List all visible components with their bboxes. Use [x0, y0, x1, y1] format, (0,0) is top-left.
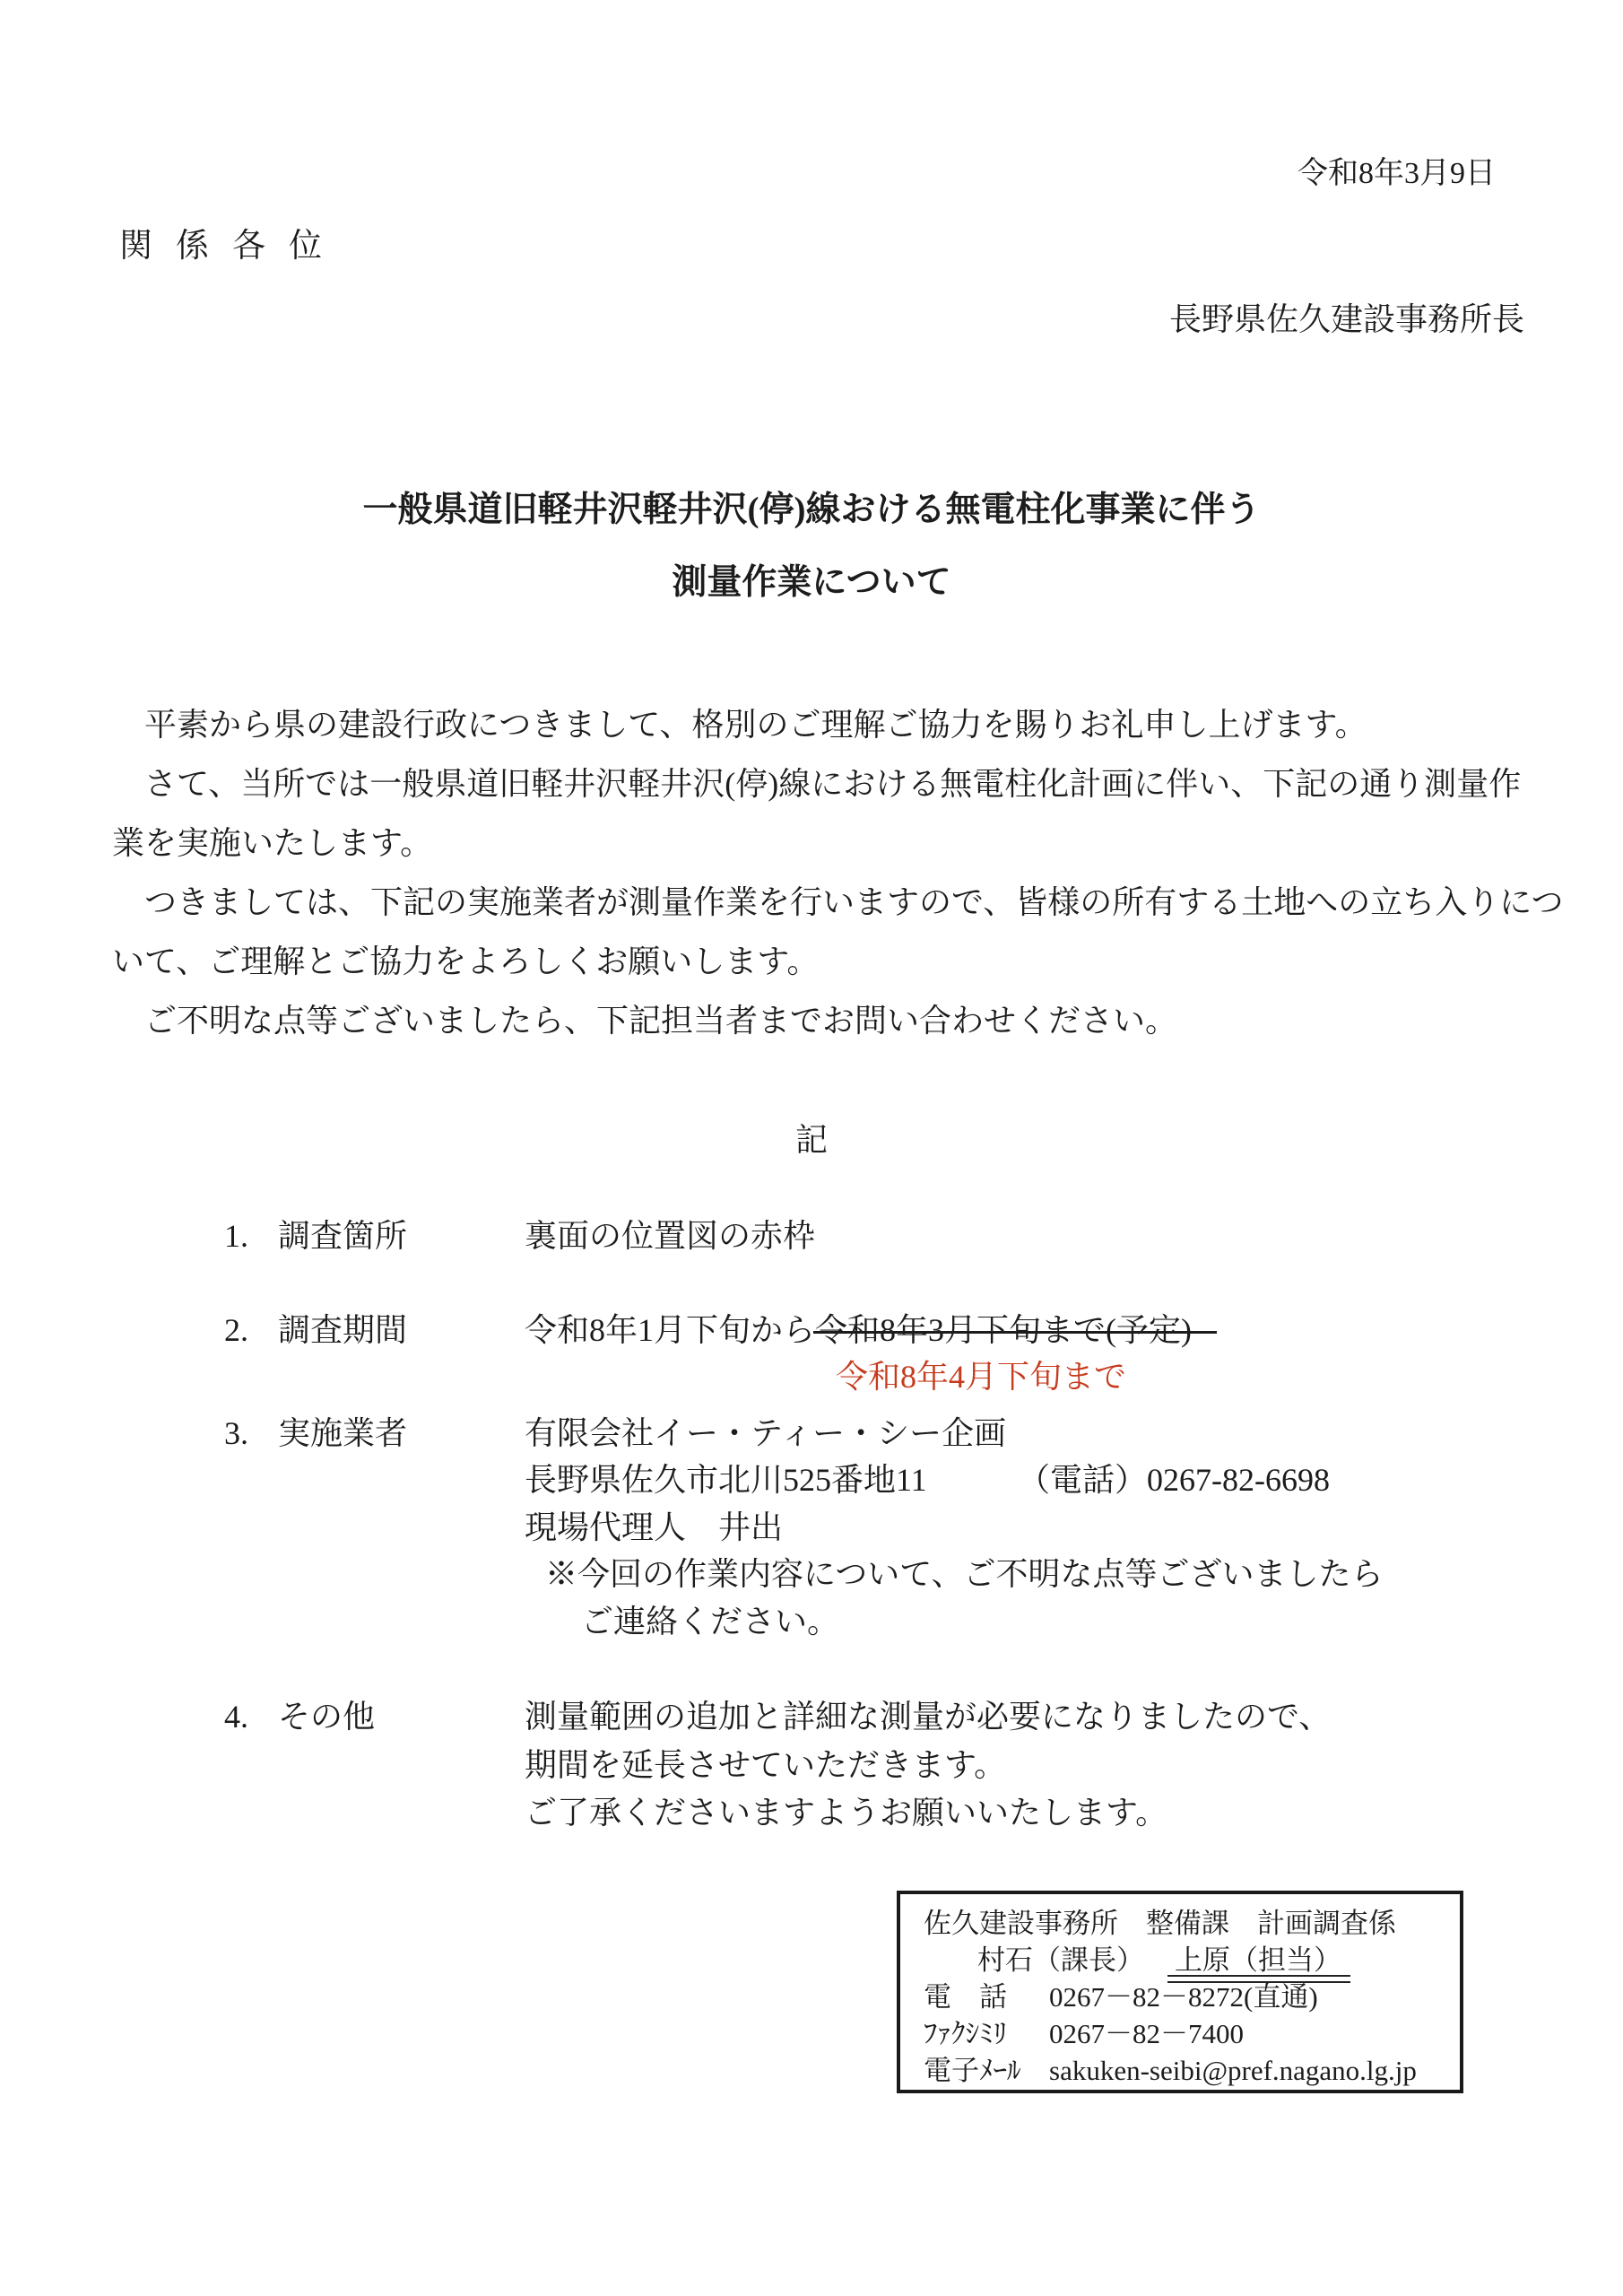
- body-text: 平素から県の建設行政につきまして、格別のご理解ご協力を賜りお礼申し上げます。 さ…: [112, 695, 1529, 1050]
- paragraph-2-line-1: さて、当所では一般県道旧軽井沢軽井沢(停)線における無電柱化計画に伴い、下記の通…: [112, 754, 1529, 813]
- contact-email-line: 電子ﾒｰﾙsakuken-seibi@pref.nagano.lg.jp: [924, 2052, 1460, 2089]
- contact-tel-line: 電 話0267－82－8272(直通): [924, 1979, 1460, 2015]
- list-item-2: 2.調査期間令和8年1月下旬から令和8年3月下旬まで(予定): [224, 1305, 1192, 1351]
- item-3-company: 有限会社イー・ティー・シー企画: [525, 1415, 1006, 1451]
- item-1-number: 1.: [224, 1217, 278, 1255]
- item-1-label: 調査箇所: [278, 1211, 525, 1257]
- contact-fax-label: ﾌｧｸｼﾐﾘ: [924, 2015, 1049, 2052]
- scanned-letter-page: 令和8年3月9日 関係各位 長野県佐久建設事務所長 一般県道旧軽井沢軽井沢(停)…: [0, 0, 1623, 2296]
- item-3-site-agent: 現場代理人 井出: [525, 1502, 783, 1548]
- document-title-line1: 一般県道旧軽井沢軽井沢(停)線おける無電柱化事業に伴う: [0, 474, 1623, 546]
- addressee: 関係各位: [119, 218, 345, 266]
- item-3-address: 長野県佐久市北川525番地11: [525, 1455, 927, 1500]
- contact-email-address: sakuken-seibi@pref.nagano.lg.jp: [1049, 2055, 1417, 2086]
- item-4-line3: ご了承くださいますようお願いいたします。: [525, 1787, 1167, 1833]
- item-3-phone: （電話）0267-82-6698: [1018, 1455, 1330, 1500]
- sender-name: 長野県佐久建設事務所長: [1169, 294, 1524, 340]
- document-title-line2: 測量作業について: [0, 546, 1623, 619]
- contact-persons: 村石（課長）上原（担当）: [924, 1942, 1460, 1979]
- list-item-1: 1.調査箇所裏面の位置図の赤枠: [224, 1211, 815, 1257]
- document-date: 令和8年3月9日: [1298, 148, 1496, 192]
- item-2-label: 調査期間: [278, 1305, 525, 1351]
- list-item-3: 3.実施業者有限会社イー・ティー・シー企画: [224, 1408, 1006, 1454]
- item-2-number: 2.: [224, 1311, 278, 1349]
- contact-fax-line: ﾌｧｸｼﾐﾘ0267－82－7400: [924, 2015, 1460, 2052]
- paragraph-3-line-2: いて、ご理解とご協力をよろしくお願いします。: [112, 932, 1529, 991]
- paragraph-1-line-1: 平素から県の建設行政につきまして、格別のご理解ご協力を賜りお礼申し上げます。: [112, 695, 1529, 754]
- item-4-label: その他: [278, 1692, 525, 1737]
- document-title: 一般県道旧軽井沢軽井沢(停)線おける無電柱化事業に伴う 測量作業について: [0, 474, 1623, 619]
- item-4-line1: 測量範囲の追加と詳細な測量が必要になりましたので、: [525, 1699, 1331, 1735]
- contact-email-label: 電子ﾒｰﾙ: [924, 2052, 1049, 2089]
- paragraph-3-line-1: つきましては、下記の実施業者が測量作業を行いますので、皆様の所有する土地への立ち…: [112, 873, 1529, 932]
- item-3-label: 実施業者: [278, 1408, 525, 1454]
- contact-tel-label: 電 話: [924, 1979, 1049, 2015]
- contact-manager: 村石（課長）: [977, 1944, 1144, 1976]
- item-1-content: 裏面の位置図の赤枠: [525, 1218, 815, 1254]
- item-3-note-line2: ご連絡ください。: [581, 1596, 839, 1642]
- item-2-struck-text: 令和8年3月下旬まで(予定): [815, 1312, 1192, 1348]
- ki-heading: 記: [0, 1115, 1623, 1161]
- contact-fax-number: 0267－82－7400: [1049, 2018, 1244, 2049]
- item-4-number: 4.: [224, 1698, 278, 1735]
- item-3-number: 3.: [224, 1414, 278, 1452]
- item-2-red-correction: 令和8年4月下旬まで: [836, 1352, 1126, 1397]
- list-item-4: 4.その他測量範囲の追加と詳細な測量が必要になりましたので、: [224, 1692, 1331, 1737]
- contact-box: 佐久建設事務所 整備課 計画調査係 村石（課長）上原（担当） 電 話0267－8…: [897, 1891, 1463, 2093]
- paragraph-2-line-2: 業を実施いたします。: [112, 813, 1529, 873]
- contact-staff-underlined: 上原（担当）: [1175, 1944, 1341, 1976]
- contact-tel-number: 0267－82－8272(直通): [1049, 1981, 1318, 2013]
- contact-office: 佐久建設事務所 整備課 計画調査係: [924, 1905, 1460, 1942]
- item-2-period-prefix: 令和8年1月下旬から: [525, 1312, 815, 1348]
- item-4-line2: 期間を延長させていただきます。: [525, 1740, 1006, 1786]
- paragraph-4-line-1: ご不明な点等ございましたら、下記担当者までお問い合わせください。: [112, 991, 1529, 1050]
- item-3-note-line1: ※今回の作業内容について、ご不明な点等ございましたら: [545, 1549, 1384, 1595]
